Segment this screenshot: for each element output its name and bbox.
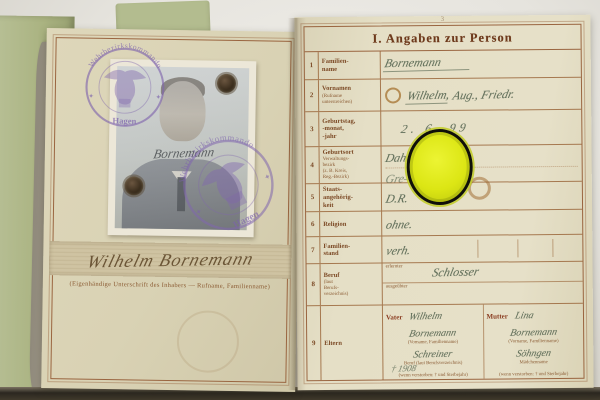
field-value: Bornemann: [383, 54, 473, 72]
row-familienstand: 7 Familien- stand verh.: [306, 235, 582, 264]
field-sublabel: (laut Berufs- verzeichnis): [324, 280, 380, 298]
mother-maiden-name: Söhngen: [515, 349, 552, 360]
mother-column: Mutter Lina Bornemann (Vorname, Familien…: [482, 304, 583, 379]
field-label: Beruf: [324, 271, 380, 279]
father-family-name: Bornemann: [408, 328, 457, 340]
stamp-city-text: Hagen: [112, 116, 136, 126]
row-vornamen: 2 Vornamen (Rufname unterstreichen) Wilh…: [305, 77, 581, 112]
form-title: I. Angaben zur Person: [304, 25, 580, 52]
svg-text:Wehrbezirkskommando: Wehrbezirkskommando: [87, 41, 165, 70]
row-number: 6: [306, 212, 319, 236]
row-religion: 6 Religion ohne.: [306, 210, 582, 237]
field-label: Familien- stand: [323, 242, 379, 258]
field-sublabel: (Rufname unterstreichen): [322, 94, 378, 106]
field-label: Familien- name: [322, 58, 378, 74]
stamp-city-text: Hagen: [232, 209, 262, 232]
row-number: 5: [306, 184, 319, 212]
wehrbezirkskommando-stamp-top: Wehrbezirkskommando ✦ ✦ Hagen: [76, 39, 173, 136]
row-number: 1: [305, 52, 318, 79]
erlernter-label: erlernter: [386, 264, 403, 269]
stamp-ring-text: Wehrbezirkskommando: [87, 41, 165, 70]
column-tick: [552, 239, 553, 257]
father-first-name: Wilhelm: [408, 312, 443, 323]
death-caption: (wenn verstorben: † und Sterbejahr): [383, 372, 483, 378]
field-value-rest: Aug., Friedr.: [452, 86, 517, 103]
field-value: ohne.: [384, 217, 414, 233]
field-label: Geburtsort: [323, 148, 379, 156]
row-number: 8: [307, 264, 320, 305]
right-page-form: 3 I. Angaben zur Person 1 Familien- name…: [294, 15, 593, 391]
field-value: verh.: [385, 243, 413, 259]
censor-oval: [406, 129, 473, 206]
field-label: Religion: [323, 220, 379, 228]
field-value: D.R.: [384, 191, 409, 207]
row-number: 3: [305, 112, 318, 146]
booklet-spine: [288, 18, 306, 390]
stamp-star-icon: ✦: [155, 93, 161, 101]
death-caption: (wenn verstorben: † und Sterbejahr): [484, 372, 584, 378]
left-page: Bornemann Wehrbezirkskommando ✦ ✦ Hagen …: [41, 28, 301, 392]
page-number: 3: [294, 14, 590, 25]
row-eltern: 9 Eltern Vater Wilhelm Bornemann (Vornam…: [307, 304, 584, 380]
wehrpass-booklet-photo: Bornemann Wehrbezirkskommando ✦ ✦ Hagen …: [0, 0, 600, 400]
field-value-rufname: Wilhelm,: [405, 87, 451, 104]
father-column: Vater Wilhelm Bornemann (Vorname, Famili…: [383, 305, 483, 380]
signature-strip: Wilhelm Bornemann: [49, 241, 292, 279]
mutter-label: Mutter: [486, 313, 507, 321]
row-number: 4: [306, 147, 319, 183]
row-beruf: 8 Beruf (laut Berufs- verzeichnis) erler…: [307, 262, 583, 307]
erlernter-value: Schlosser: [431, 264, 481, 280]
field-label: Vornamen: [322, 85, 378, 93]
row-number: 2: [305, 80, 318, 112]
row-number: 9: [307, 306, 321, 380]
column-tick: [517, 240, 518, 258]
father-occupation: Schreiner: [413, 350, 454, 362]
stamp-star-icon: ✦: [88, 92, 94, 100]
vater-label: Vater: [386, 314, 403, 322]
ring-stain: [468, 177, 491, 200]
field-label: Geburtstag, -monat, -jahr: [322, 117, 378, 141]
ink-ring-mark: [385, 87, 401, 103]
maiden-name-caption: Mädchenname: [487, 360, 581, 366]
row-number: 7: [306, 237, 319, 263]
mother-first-name: Lina: [514, 311, 535, 322]
field-label: Staats- angehörig- keit: [323, 186, 379, 210]
mother-family-name: Bornemann: [509, 328, 558, 340]
ausgeuebter-label: ausgeübter: [386, 285, 408, 290]
field-sublabel: Verwaltungs- bezirk (z. B. Kreis, Reg.-B…: [323, 157, 379, 181]
owner-signature: Wilhelm Bornemann: [84, 248, 256, 272]
row-familienname: 1 Familien- name Bornemann: [305, 50, 581, 80]
field-label: Eltern: [324, 339, 380, 347]
column-tick: [477, 240, 478, 258]
